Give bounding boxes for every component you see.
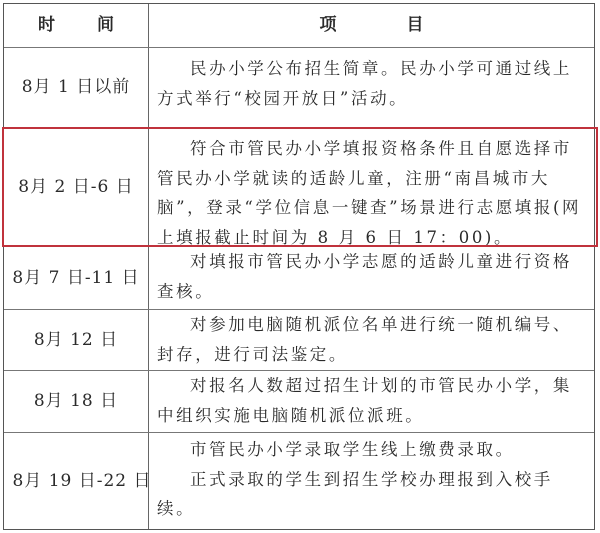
row-item-text: 符合市管民办小学填报资格条件且自愿选择市管民办小学就读的适龄儿童，注册“南昌城市… — [157, 134, 584, 252]
table-row: 8月 12 日 对参加电脑随机派位名单进行统一随机编号、封存，进行司法鉴定。 — [4, 310, 594, 371]
row-time: 8月 2 日-6 日 — [4, 128, 148, 246]
table-row: 8月 19 日-22 日 市管民办小学录取学生线上缴费录取。 正式录取的学生到招… — [4, 433, 594, 529]
row-item-text: 民办小学公布招生简章。民办小学可通过线上方式举行“校园开放日”活动。 — [157, 54, 584, 113]
table-header-row: 时间 项目 — [4, 4, 594, 48]
table-row: 8月 1 日以前 民办小学公布招生简章。民办小学可通过线上方式举行“校园开放日”… — [4, 48, 594, 128]
row-item-text: 对填报市管民办小学志愿的适龄儿童进行资格查核。 — [157, 247, 584, 306]
row-item: 对参加电脑随机派位名单进行统一随机编号、封存，进行司法鉴定。 — [148, 310, 594, 370]
header-time: 时间 — [4, 4, 148, 47]
header-time-char-1: 时 — [38, 11, 55, 40]
row-item-line-1: 市管民办小学录取学生线上缴费录取。 — [157, 435, 584, 465]
table-row: 8月 18 日 对报名人数超过招生计划的市管民办小学，集中组织实施电脑随机派位派… — [4, 371, 594, 433]
row-item: 民办小学公布招生简章。民办小学可通过线上方式举行“校园开放日”活动。 — [148, 48, 594, 127]
row-time: 8月 19 日-22 日 — [4, 433, 160, 529]
row-time: 8月 7 日-11 日 — [4, 247, 148, 309]
row-item: 符合市管民办小学填报资格条件且自愿选择市管民办小学就读的适龄儿童，注册“南昌城市… — [148, 128, 594, 246]
row-item-text: 对参加电脑随机派位名单进行统一随机编号、封存，进行司法鉴定。 — [157, 310, 584, 369]
row-item: 对填报市管民办小学志愿的适龄儿童进行资格查核。 — [148, 247, 594, 309]
table-row-highlighted: 8月 2 日-6 日 符合市管民办小学填报资格条件且自愿选择市管民办小学就读的适… — [4, 128, 594, 247]
header-item-char-2: 目 — [407, 11, 424, 41]
row-time: 8月 12 日 — [4, 310, 148, 370]
row-item-text: 对报名人数超过招生计划的市管民办小学，集中组织实施电脑随机派位派班。 — [157, 371, 584, 430]
header-time-char-2: 间 — [97, 11, 114, 40]
row-time: 8月 1 日以前 — [4, 48, 148, 127]
row-item-line-2: 正式录取的学生到招生学校办理报到入校手续。 — [157, 465, 584, 524]
header-item: 项目 — [148, 4, 594, 47]
header-item-char-1: 项 — [320, 11, 337, 41]
row-item: 对报名人数超过招生计划的市管民办小学，集中组织实施电脑随机派位派班。 — [148, 371, 594, 432]
table-row: 8月 7 日-11 日 对填报市管民办小学志愿的适龄儿童进行资格查核。 — [4, 247, 594, 310]
admission-schedule-table: 时间 项目 8月 1 日以前 民办小学公布招生简章。民办小学可通过线上方式举行“… — [3, 3, 595, 530]
row-item: 市管民办小学录取学生线上缴费录取。 正式录取的学生到招生学校办理报到入校手续。 — [148, 433, 594, 529]
row-time: 8月 18 日 — [4, 371, 148, 432]
